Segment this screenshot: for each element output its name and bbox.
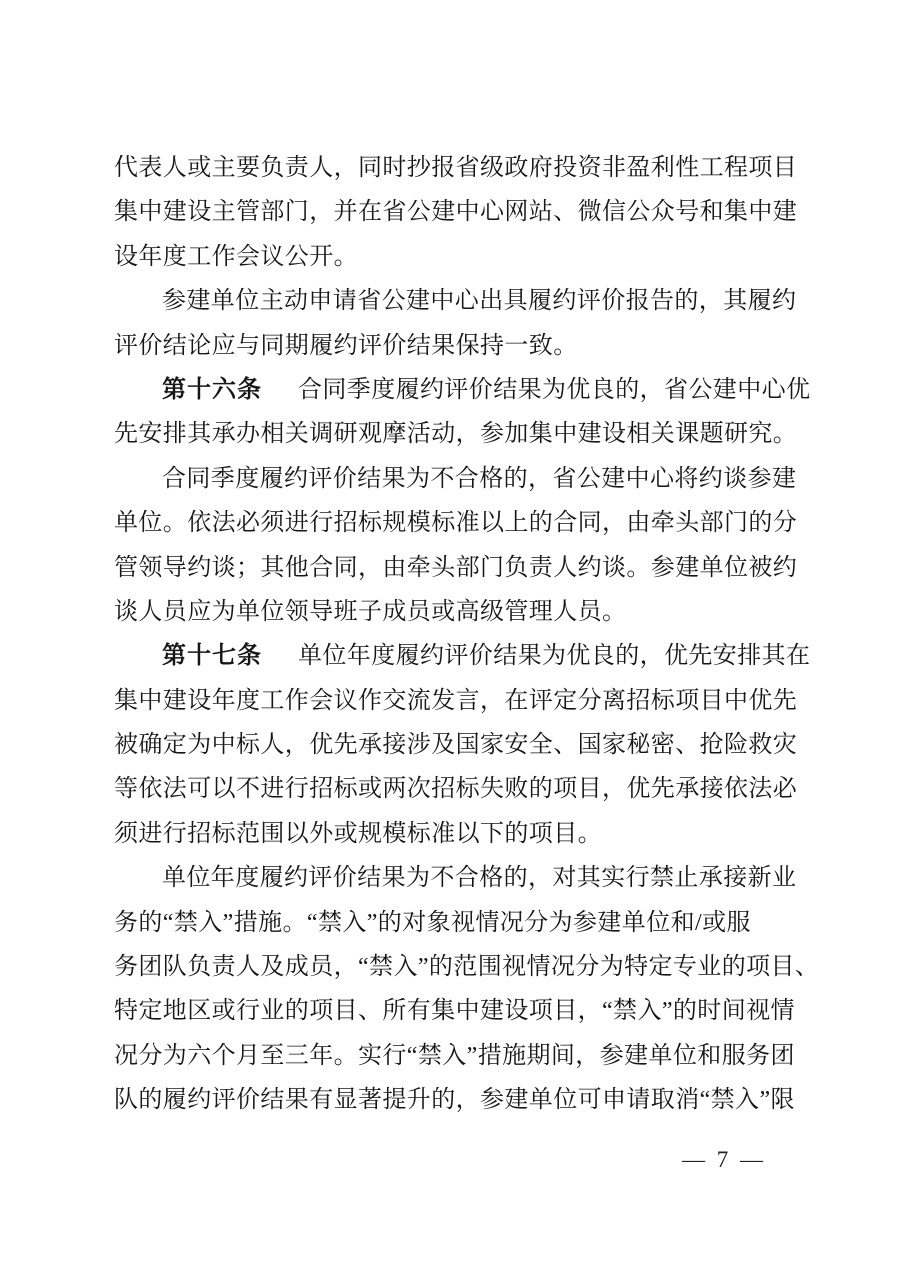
text-line: 务团队负责人及成员，“禁入”的范围视情况分为特定专业的项目、 [114,945,798,989]
text-line: 评价结论应与同期履约评价结果保持一致。 [114,324,798,368]
article-number: 第十七条 [162,643,262,669]
text-line: 队的履约评价结果有显著提升的，参建单位可申请取消“禁入”限 [114,1078,798,1122]
text-line: 务的“禁入”措施。“禁入”的对象视情况分为参建单位和/或服 [114,901,798,945]
text-line: 须进行招标范围以外或规模标准以下的项目。 [114,812,798,856]
text-line: 况分为六个月至三年。实行“禁入”措施期间，参建单位和服务团 [114,1034,798,1078]
text-line: 设年度工作会议公开。 [114,235,798,279]
text-line: 集中建设主管部门，并在省公建中心网站、微信公众号和集中建 [114,190,798,234]
text-line: 参建单位主动申请省公建中心出具履约评价报告的，其履约 [114,279,798,323]
text-line: 管领导约谈；其他合同，由牵头部门负责人约谈。参建单位被约 [114,546,798,590]
text-line: 代表人或主要负责人，同时抄报省级政府投资非盈利性工程项目 [114,146,798,190]
text-line: 集中建设年度工作会议作交流发言，在评定分离招标项目中优先 [114,679,798,723]
text-line: 等依法可以不进行招标或两次招标失败的项目，优先承接依法必 [114,767,798,811]
text-line: 被确定为中标人，优先承接涉及国家安全、国家秘密、抢险救灾 [114,723,798,767]
document-body: 代表人或主要负责人，同时抄报省级政府投资非盈利性工程项目集中建设主管部门，并在省… [114,146,798,1123]
text-line: 第十七条单位年度履约评价结果为优良的，优先安排其在 [114,634,798,678]
page-number: — 7 — [682,1144,766,1176]
text-line: 单位年度履约评价结果为不合格的，对其实行禁止承接新业 [114,856,798,900]
document-page: 代表人或主要负责人，同时抄报省级政府投资非盈利性工程项目集中建设主管部门，并在省… [0,0,900,1273]
text-line: 谈人员应为单位领导班子成员或高级管理人员。 [114,590,798,634]
article-number: 第十六条 [162,377,262,403]
text-line: 第十六条合同季度履约评价结果为优良的，省公建中心优 [114,368,798,412]
text-line: 单位。依法必须进行招标规模标准以上的合同，由牵头部门的分 [114,501,798,545]
text-line: 特定地区或行业的项目、所有集中建设项目，“禁入”的时间视情 [114,989,798,1033]
text-line: 合同季度履约评价结果为不合格的，省公建中心将约谈参建 [114,457,798,501]
text-line: 先安排其承办相关调研观摩活动，参加集中建设相关课题研究。 [114,412,798,456]
